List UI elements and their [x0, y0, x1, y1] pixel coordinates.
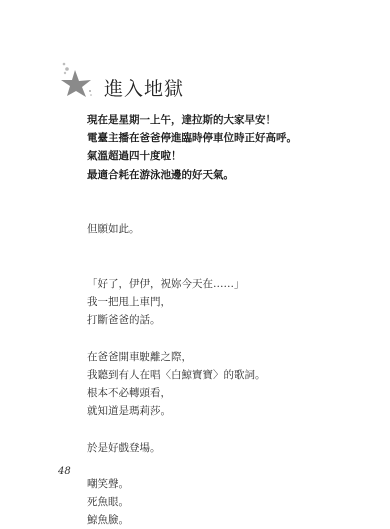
paragraph: 但願如此。: [87, 220, 297, 238]
chapter-header: 進入地獄: [58, 60, 184, 100]
text-line: 氣溫超過四十度啦！: [87, 147, 297, 165]
text-line: 鯨魚臉。: [87, 511, 297, 529]
text-line: 在爸爸開車駛離之際，: [87, 348, 297, 366]
text-line: 現在是星期一上午，達拉斯的大家早安！: [87, 111, 297, 129]
paragraph: 於是好戲登場。: [87, 439, 297, 457]
text-line: 我一把甩上車門，: [87, 293, 297, 311]
text-line: 於是好戲登場。: [87, 439, 297, 457]
text-line: 電臺主播在爸爸停進臨時停車位時正好高呼。: [87, 129, 297, 147]
body-text: 現在是星期一上午，達拉斯的大家早安！ 電臺主播在爸爸停進臨時停車位時正好高呼。 …: [87, 111, 297, 529]
paragraph: 「好了，伊伊，祝妳今天在……」 我一把甩上車門， 打斷爸爸的話。: [87, 275, 297, 330]
paragraph: 在爸爸開車駛離之際， 我聽到有人在唱〈白鯨寶寶〉的歌詞。 根本不必轉頭看， 就知…: [87, 348, 297, 421]
chapter-title: 進入地獄: [104, 74, 184, 101]
text-line: 就知道是瑪莉莎。: [87, 402, 297, 420]
text-line: 嘲笑聲。: [87, 475, 297, 493]
text-line: 死魚眼。: [87, 493, 297, 511]
paragraph: 嘲笑聲。 死魚眼。 鯨魚臉。: [87, 475, 297, 529]
starfish-icon: [58, 60, 98, 100]
page-number: 48: [58, 466, 71, 477]
text-line: 「好了，伊伊，祝妳今天在……」: [87, 275, 297, 293]
text-line: 最適合耗在游泳池邊的好天氣。: [87, 166, 297, 184]
text-line: 我聽到有人在唱〈白鯨寶寶〉的歌詞。: [87, 366, 297, 384]
text-line: 但願如此。: [87, 220, 297, 238]
paragraph: 現在是星期一上午，達拉斯的大家早安！ 電臺主播在爸爸停進臨時停車位時正好高呼。 …: [87, 111, 297, 184]
text-line: 根本不必轉頭看，: [87, 384, 297, 402]
text-line: 打斷爸爸的話。: [87, 311, 297, 329]
